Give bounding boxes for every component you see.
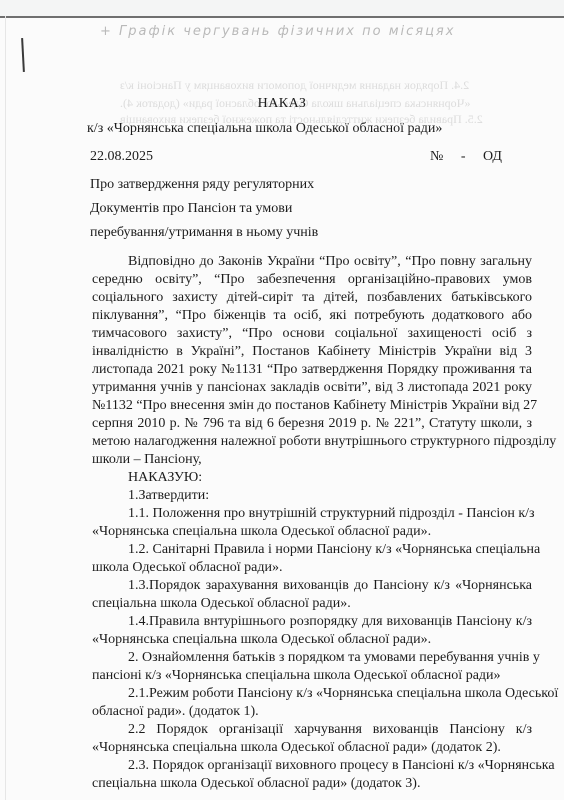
item-line: школа Одеської обласної ради». bbox=[92, 559, 282, 577]
preamble-line: №1132 “Про внесення змін до постанов Каб… bbox=[92, 397, 532, 415]
item-line: 2.3. Порядок організації виховного проце… bbox=[128, 757, 532, 775]
order-date: 22.08.2025 bbox=[90, 149, 153, 165]
item-line: спеціальна школа Одеської обласної ради»… bbox=[92, 595, 351, 613]
document-title: НАКАЗ bbox=[0, 96, 564, 112]
preamble-line: соціального захисту дітей-сиріт та дітей… bbox=[92, 289, 532, 307]
item-line: 2. Ознайомлення батьків з порядком та ум… bbox=[128, 649, 532, 667]
preamble-line: тимчасового захисту”, “Про основи соціал… bbox=[92, 325, 532, 343]
item-line: «Чорнянська спеціальна школа Одеської об… bbox=[92, 739, 501, 757]
preamble-line: середню освіту”, “Про забезпечення орган… bbox=[92, 271, 532, 289]
preamble-line: метою налагодження належної роботи внутр… bbox=[92, 433, 532, 451]
item-line: 1.2. Санітарні Правила і норми Пансіону … bbox=[128, 541, 532, 559]
preamble-line: інвалідністю в Україні”, Постанов Кабіне… bbox=[92, 343, 532, 361]
item-line: 1.3.Порядок зарахування вихованців до Па… bbox=[128, 577, 532, 595]
pen-mark bbox=[21, 38, 25, 72]
item-line: 1.1. Положення про внутрішній структурни… bbox=[128, 505, 532, 523]
subject-line: перебування/утримання в ньому учнів bbox=[90, 221, 318, 245]
item-line: 1.Затвердити: bbox=[128, 487, 209, 505]
preamble-line: серпня 2010 р. № 796 та від 6 березня 20… bbox=[92, 415, 532, 433]
item-line: пансіоні к/з «Чорнянська спеціальна школ… bbox=[92, 667, 501, 685]
organization-name: к/з «Чорнянська спеціальна школа Одесько… bbox=[87, 121, 442, 137]
subject-line: Про затвердження ряду регуляторних bbox=[90, 173, 318, 197]
order-number: № - ОД bbox=[430, 149, 502, 165]
preamble-line: Відповідно до Законів України “Про освіт… bbox=[128, 253, 532, 271]
item-line: «Чорнянська спеціальна школа Одеської об… bbox=[92, 631, 431, 649]
item-line: обласної ради». (додаток 1). bbox=[92, 703, 259, 721]
preamble-line: піклування”, “Про біженців та осіб, які … bbox=[92, 307, 532, 325]
item-line: 1.4.Правила внтурішнього розпорядку для … bbox=[128, 613, 532, 631]
item-line: 2.2 Порядок організації харчування вихов… bbox=[128, 721, 532, 739]
bleed-through-line: 2.4. Порядок надання медичної допомоги в… bbox=[120, 78, 469, 93]
item-line: 2.1.Режим роботи Пансіону к/з «Чорнянськ… bbox=[128, 685, 532, 703]
preamble-line: утримання учнів у пансіонах закладів осв… bbox=[92, 379, 532, 397]
number-label: № bbox=[430, 149, 443, 164]
order-word: НАКАЗУЮ: bbox=[128, 469, 202, 487]
order-subject: Про затвердження ряду регуляторних Докум… bbox=[90, 173, 318, 245]
scanner-left-edge bbox=[5, 16, 6, 800]
preamble-line: школи – Пансіону, bbox=[92, 451, 202, 469]
subject-line: Документів про Пансіон та умови bbox=[90, 197, 318, 221]
scanner-edge bbox=[0, 0, 564, 18]
preamble-line: листопада 2021 року №1131 “Про затвердже… bbox=[92, 361, 532, 379]
handwritten-note: + Графік чергувань фізичних по місяцях bbox=[100, 24, 455, 39]
item-line: «Чорнянська спеціальна школа Одеської об… bbox=[92, 523, 431, 541]
item-line: спеціальна школа Одеської обласної ради»… bbox=[92, 775, 420, 793]
number-suffix: - ОД bbox=[461, 149, 502, 164]
